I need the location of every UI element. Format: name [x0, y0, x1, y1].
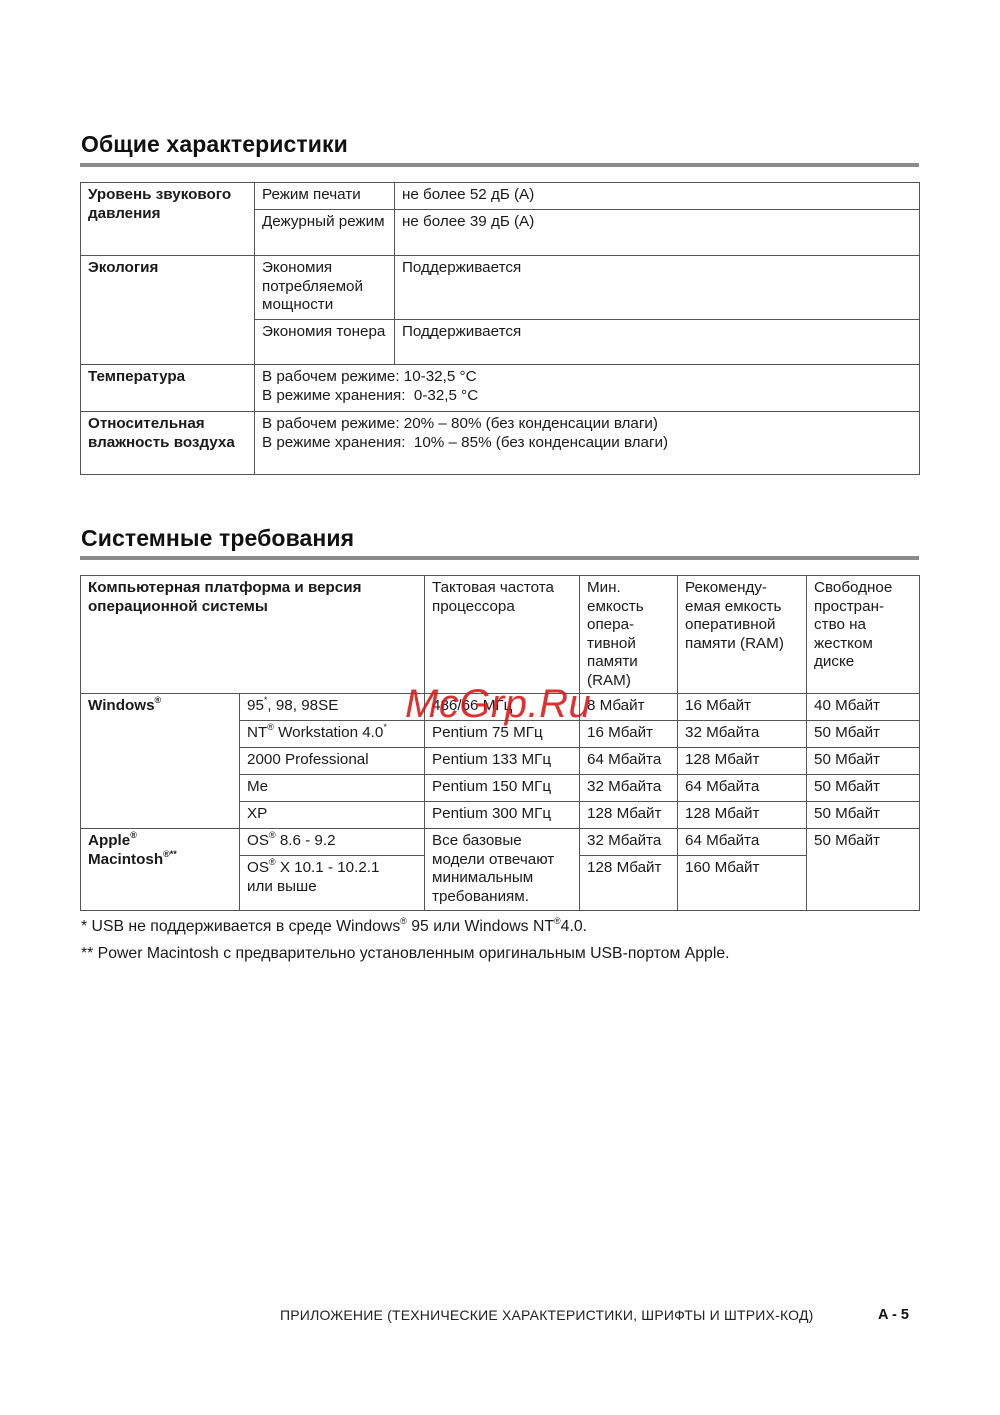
rec-ram-value: 64 Мбайта [678, 775, 807, 802]
table-row: Apple® Macintosh®** OS® 8.6 - 9.2 Все ба… [81, 829, 920, 856]
section-rule [80, 556, 919, 560]
platform-macintosh: Apple® Macintosh®** [81, 829, 240, 911]
table-row: Экология Экономия потребляемой мощности … [81, 256, 920, 320]
cpu-value: Pentium 75 МГц [425, 721, 580, 748]
header-cpu: Тактовая частота процессора [425, 576, 580, 694]
table-header-row: Компьютерная платформа и версия операцио… [81, 576, 920, 694]
disk-value: 50 Мбайт [807, 721, 920, 748]
table-row: Относительная влажность воздуха В рабоче… [81, 412, 920, 475]
os-version: 95*, 98, 98SE [240, 694, 425, 721]
os-version: OS® 8.6 - 9.2 [240, 829, 425, 856]
disk-value: 50 Мбайт [807, 775, 920, 802]
ecology-toner-saving-value: Поддерживается [395, 320, 920, 365]
os-version: OS® X 10.1 - 10.2.1 или выше [240, 856, 425, 911]
min-ram-value: 32 Мбайта [580, 775, 678, 802]
header-disk: Свободное простран- ство на жестком диск… [807, 576, 920, 694]
table-row: Уровень звукового давления Режим печати … [81, 183, 920, 210]
min-ram-value: 64 Мбайта [580, 748, 678, 775]
cpu-value: Pentium 150 МГц [425, 775, 580, 802]
rec-ram-value: 128 Мбайт [678, 802, 807, 829]
disk-value: 50 Мбайт [807, 802, 920, 829]
humidity-storage: В режиме хранения: 10% – 85% (без конден… [262, 434, 912, 453]
temperature-operating: В рабочем режиме: 10-32,5 °C [262, 368, 912, 387]
min-ram-value: 128 Мбайт [580, 802, 678, 829]
page-number: A - 5 [878, 1307, 909, 1323]
row-label-humidity: Относительная влажность воздуха [81, 412, 255, 475]
os-version: NT® Workstation 4.0* [240, 721, 425, 748]
temperature-storage: В режиме хранения: 0-32,5 °C [262, 387, 912, 406]
rec-ram-value: 16 Мбайт [678, 694, 807, 721]
row-label-temperature: Температура [81, 365, 255, 412]
running-footer: ПРИЛОЖЕНИЕ (ТЕХНИЧЕСКИЕ ХАРАКТЕРИСТИКИ, … [280, 1307, 813, 1323]
disk-value: 40 Мбайт [807, 694, 920, 721]
cpu-value: 486/66 МГц [425, 694, 580, 721]
platform-windows: Windows® [81, 694, 240, 829]
rec-ram-value: 160 Мбайт [678, 856, 807, 911]
row-label-ecology: Экология [81, 256, 255, 365]
footnote-usb-windows: * USB не поддерживается в среде Windows®… [81, 918, 587, 936]
section-rule [80, 163, 919, 167]
section-title-general: Общие характеристики [81, 131, 348, 158]
rec-ram-value: 64 Мбайта [678, 829, 807, 856]
min-ram-value: 128 Мбайт [580, 856, 678, 911]
rec-ram-value: 128 Мбайт [678, 748, 807, 775]
ecology-toner-saving: Экономия тонера [255, 320, 395, 365]
humidity-values: В рабочем режиме: 20% – 80% (без конденс… [255, 412, 920, 475]
sound-print-value: не более 52 дБ (A) [395, 183, 920, 210]
header-rec-ram: Рекоменду- емая емкость оперативной памя… [678, 576, 807, 694]
min-ram-value: 32 Мбайта [580, 829, 678, 856]
min-ram-value: 16 Мбайт [580, 721, 678, 748]
sound-print-mode: Режим печати [255, 183, 395, 210]
general-spec-table: Уровень звукового давления Режим печати … [80, 182, 920, 475]
os-version: Me [240, 775, 425, 802]
temperature-values: В рабочем режиме: 10-32,5 °C В режиме хр… [255, 365, 920, 412]
disk-value: 50 Мбайт [807, 829, 920, 911]
table-row: Температура В рабочем режиме: 10-32,5 °C… [81, 365, 920, 412]
cpu-value: Pentium 300 МГц [425, 802, 580, 829]
min-ram-value: 8 Мбайт [580, 694, 678, 721]
cpu-value: Все базовые модели отвечают минимальным … [425, 829, 580, 911]
section-title-system: Системные требования [81, 525, 354, 552]
sound-standby-mode: Дежурный режим [255, 210, 395, 256]
disk-value: 50 Мбайт [807, 748, 920, 775]
row-label-sound: Уровень звукового давления [81, 183, 255, 256]
ecology-power-saving: Экономия потребляемой мощности [255, 256, 395, 320]
os-version: 2000 Professional [240, 748, 425, 775]
sound-standby-value: не более 39 дБ (A) [395, 210, 920, 256]
footnote-power-macintosh: ** Power Macintosh с предварительно уста… [81, 945, 730, 963]
ecology-power-saving-value: Поддерживается [395, 256, 920, 320]
rec-ram-value: 32 Мбайта [678, 721, 807, 748]
system-requirements-table: Компьютерная платформа и версия операцио… [80, 575, 920, 911]
cpu-value: Pentium 133 МГц [425, 748, 580, 775]
os-version: XP [240, 802, 425, 829]
header-min-ram: Мин. емкость опера- тивной памяти (RAM) [580, 576, 678, 694]
table-row: Windows® 95*, 98, 98SE 486/66 МГц 8 Мбай… [81, 694, 920, 721]
header-platform: Компьютерная платформа и версия операцио… [81, 576, 425, 694]
humidity-operating: В рабочем режиме: 20% – 80% (без конденс… [262, 415, 912, 434]
